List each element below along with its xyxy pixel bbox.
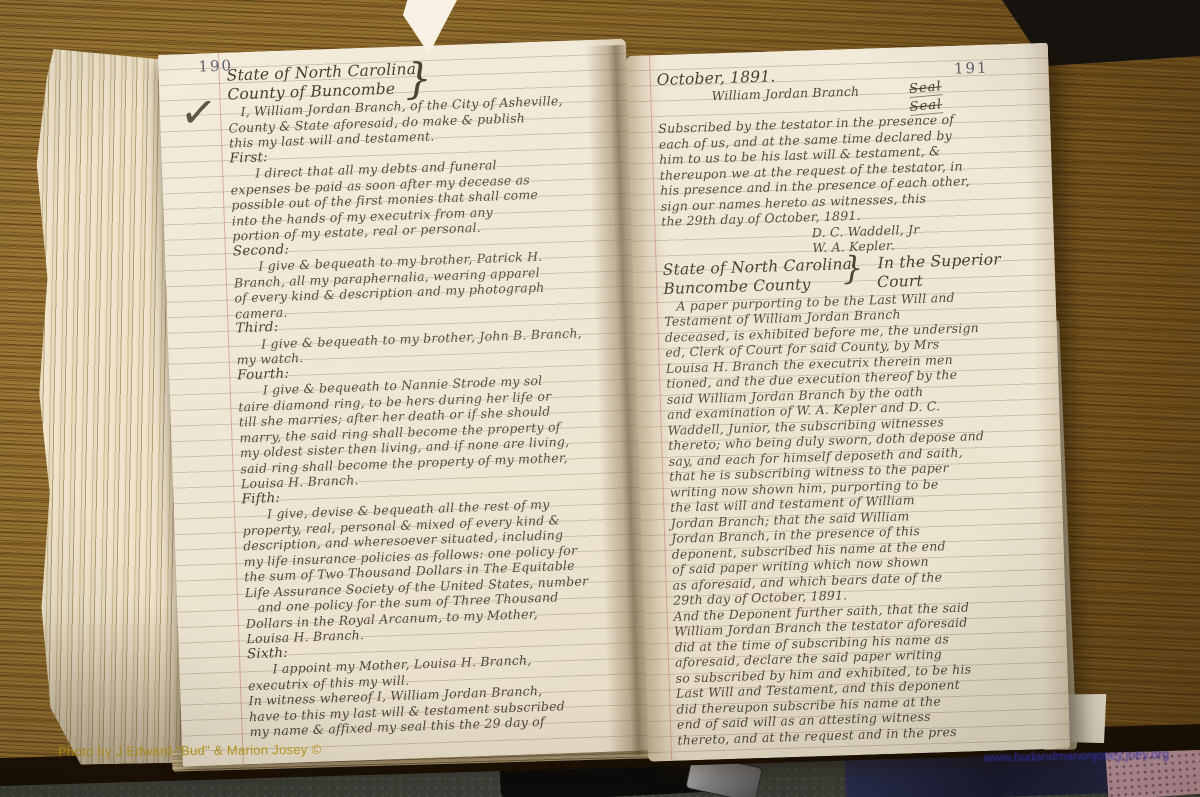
check-mark: ✓ [177, 86, 219, 141]
handwritten-probate-text: October, 1891. William Jordan BranchSubs… [656, 59, 1061, 748]
handwritten-will-text: State of North CarolinaCounty of Buncomb… [226, 53, 639, 740]
photo-credit-watermark: Photo by J Edward "Bud" & Marion Josey © [58, 742, 322, 759]
right-page-191: 191 } Seal Seal October, 1891. William J… [626, 43, 1070, 762]
left-page-190: 190 ✓ } State of North CarolinaCounty of… [158, 39, 651, 767]
photo-of-open-will-book: 190 ✓ } State of North CarolinaCounty of… [0, 0, 1200, 797]
